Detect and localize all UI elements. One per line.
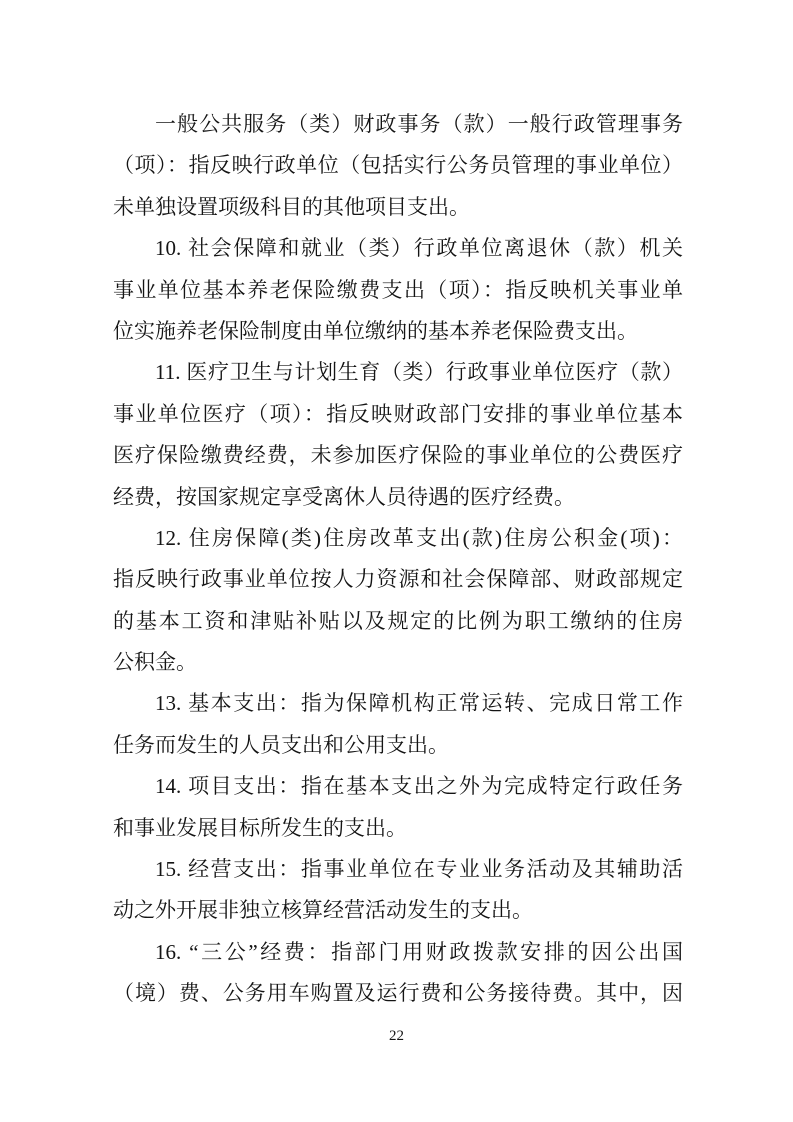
paragraph-item-13: 13. 基本支出：指为保障机构正常运转、完成日常工作 任务而发生的人员支出和公用… [113, 683, 683, 766]
paragraph-item-10: 10. 社会保障和就业（类）行政单位离退休（款）机关 事业单位基本养老保险缴费支… [113, 228, 683, 352]
text-line: 事业单位医疗（项）：指反映财政部门安排的事业单位基本 [113, 394, 683, 435]
paragraph-item-14: 14. 项目支出：指在基本支出之外为完成特定行政任务 和事业发展目标所发生的支出… [113, 766, 683, 849]
text-line: 事业单位基本养老保险缴费支出（项）：指反映机关事业单 [113, 270, 683, 311]
text-line: 和事业发展目标所发生的支出。 [113, 808, 683, 849]
text-line: 公积金。 [113, 642, 683, 683]
text-line: 16. “三公”经费：指部门用财政拨款安排的因公出国 [113, 932, 683, 973]
text-line: 指反映行政事业单位按人力资源和社会保障部、财政部规定 [113, 559, 683, 600]
text-line: 15. 经营支出：指事业单位在专业业务活动及其辅助活 [113, 849, 683, 890]
text-line: 11. 医疗卫生与计划生育（类）行政事业单位医疗（款） [113, 352, 683, 393]
paragraph-item-15: 15. 经营支出：指事业单位在专业业务活动及其辅助活 动之外开展非独立核算经营活… [113, 849, 683, 932]
text-line: 未单独设置项级科目的其他项目支出。 [113, 187, 683, 228]
text-line: （境）费、公务用车购置及运行费和公务接待费。其中，因 [113, 973, 683, 1014]
page-content: 一般公共服务（类）财政事务（款）一般行政管理事务 （项）：指反映行政单位（包括实… [113, 104, 683, 1015]
paragraph-item-16: 16. “三公”经费：指部门用财政拨款安排的因公出国 （境）费、公务用车购置及运… [113, 932, 683, 1015]
text-line: 经费，按国家规定享受离休人员待遇的医疗经费。 [113, 477, 683, 518]
text-line: 医疗保险缴费经费，未参加医疗保险的事业单位的公费医疗 [113, 435, 683, 476]
text-line: （项）：指反映行政单位（包括实行公务员管理的事业单位） [113, 145, 683, 186]
document-page: 一般公共服务（类）财政事务（款）一般行政管理事务 （项）：指反映行政单位（包括实… [0, 0, 793, 1122]
text-line: 一般公共服务（类）财政事务（款）一般行政管理事务 [113, 104, 683, 145]
text-line: 13. 基本支出：指为保障机构正常运转、完成日常工作 [113, 683, 683, 724]
text-line: 位实施养老保险制度由单位缴纳的基本养老保险费支出。 [113, 311, 683, 352]
text-line: 动之外开展非独立核算经营活动发生的支出。 [113, 890, 683, 931]
text-line: 14. 项目支出：指在基本支出之外为完成特定行政任务 [113, 766, 683, 807]
paragraph-intro-continuation: 一般公共服务（类）财政事务（款）一般行政管理事务 （项）：指反映行政单位（包括实… [113, 104, 683, 228]
paragraph-item-11: 11. 医疗卫生与计划生育（类）行政事业单位医疗（款） 事业单位医疗（项）：指反… [113, 352, 683, 518]
text-line: 任务而发生的人员支出和公用支出。 [113, 725, 683, 766]
text-line: 12. 住房保障(类)住房改革支出(款)住房公积金(项)： [113, 518, 683, 559]
text-line: 10. 社会保障和就业（类）行政单位离退休（款）机关 [113, 228, 683, 269]
page-number: 22 [0, 1026, 793, 1046]
paragraph-item-12: 12. 住房保障(类)住房改革支出(款)住房公积金(项)： 指反映行政事业单位按… [113, 518, 683, 684]
text-line: 的基本工资和津贴补贴以及规定的比例为职工缴纳的住房 [113, 601, 683, 642]
